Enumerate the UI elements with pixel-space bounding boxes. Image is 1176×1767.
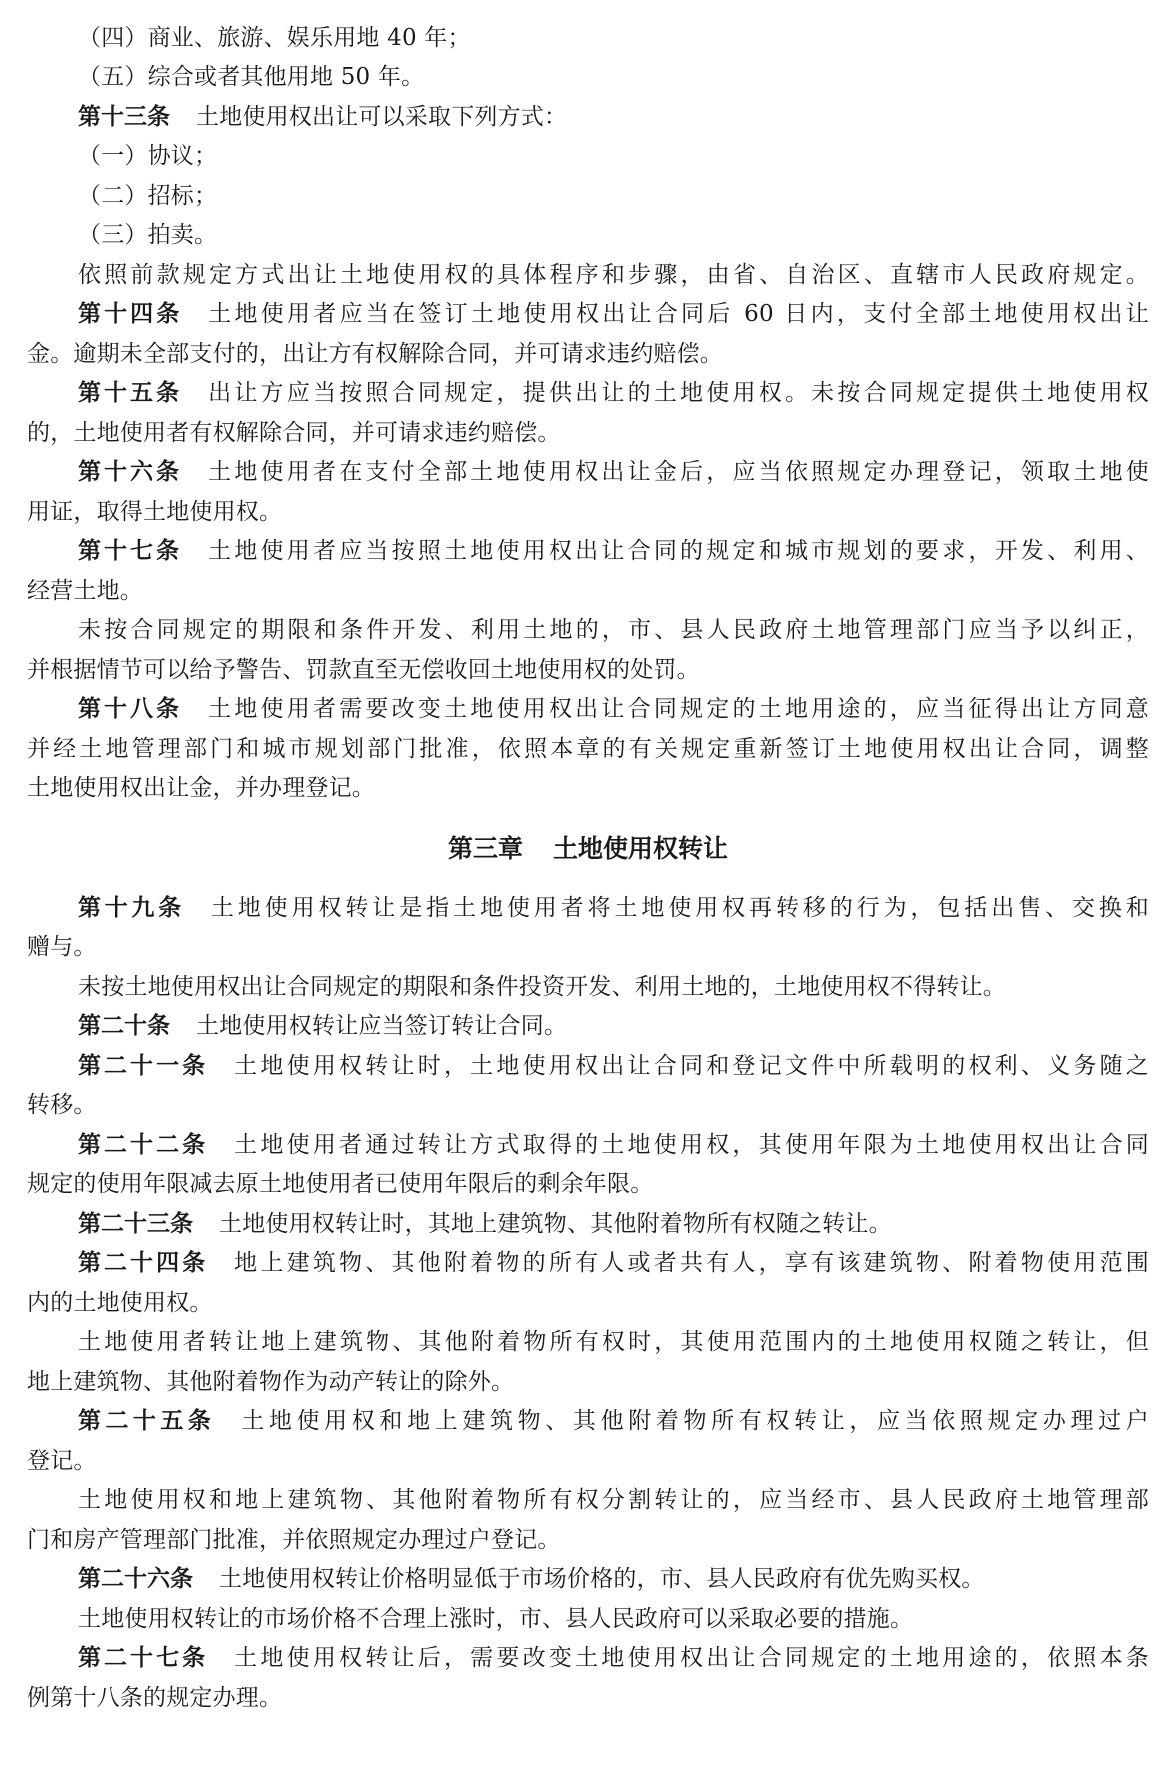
article-label: 第十六条	[78, 459, 182, 485]
article-23: 第二十三条土地使用权转让时，其地上建筑物、其他附着物所有权随之转让。	[78, 1206, 1149, 1242]
article-label: 第二十条	[78, 1013, 170, 1039]
article-13: 第十三条土地使用权出让可以采取下列方式：	[78, 99, 1149, 135]
article-21: 第二十一条土地使用权转让时，土地使用权出让合同和登记文件中所载明的权利、义务随之	[78, 1048, 1149, 1084]
line-text: （一）协议；	[78, 143, 217, 169]
paragraph-line: 未按土地使用权出让合同规定的期限和条件投资开发、利用土地的，土地使用权不得转让。	[78, 969, 1149, 1005]
line-text: 未按合同规定的期限和条件开发、利用土地的，市、县人民政府土地管理部门应当予以纠正…	[78, 617, 1149, 643]
line-text: 土地使用者应当按照土地使用权出让合同的规定和城市规划的要求，开发、利用、	[208, 538, 1149, 564]
line-text: 土地使用者通过转让方式取得的土地使用权，其使用年限为土地使用权出让合同	[234, 1132, 1149, 1158]
line-text: 地上建筑物、其他附着物作为动产转让的除外。	[27, 1369, 514, 1395]
line-text: 并根据情节可以给予警告、罚款直至无偿收回土地使用权的处罚。	[27, 657, 700, 683]
line-text: 土地使用者转让地上建筑物、其他附着物所有权时，其使用范围内的土地使用权随之转让，…	[78, 1329, 1149, 1355]
line-text: 门和房产管理部门批准，并依照规定办理过户登记。	[27, 1527, 561, 1553]
article-17: 第十七条土地使用者应当按照土地使用权出让合同的规定和城市规划的要求，开发、利用、	[78, 533, 1149, 569]
paragraph-line: 转移。	[27, 1087, 1149, 1123]
article-15: 第十五条出让方应当按照合同规定，提供出让的土地使用权。未按合同规定提供土地使用权	[78, 375, 1149, 411]
line-text: 土地使用权转让的市场价格不合理上涨时，市、县人民政府可以采取必要的措施。	[78, 1606, 913, 1632]
article-label: 第二十三条	[78, 1211, 193, 1237]
article-25: 第二十五条土地使用权和地上建筑物、其他附着物所有权转让，应当依照规定办理过户	[78, 1403, 1149, 1439]
article-label: 第十四条	[78, 301, 182, 327]
line-text: （四）商业、旅游、娱乐用地 40 年；	[78, 25, 471, 51]
line-text: （五）综合或者其他用地 50 年。	[78, 64, 424, 90]
paragraph-line: 依照前款规定方式出让土地使用权的具体程序和步骤，由省、自治区、直辖市人民政府规定…	[78, 257, 1149, 293]
paragraph-line: 内的土地使用权。	[27, 1285, 1149, 1321]
line-text: 土地使用权出让可以采取下列方式：	[196, 104, 567, 130]
article-label: 第二十六条	[78, 1566, 193, 1592]
paragraph-line: 金。逾期未全部支付的，出让方有权解除合同，并可请求违约赔偿。	[27, 336, 1149, 372]
chapter-heading: 第三章土地使用权转让	[0, 829, 1176, 869]
paragraph-line: 赠与。	[27, 929, 1149, 965]
article-19: 第十九条土地使用权转让是指土地使用者将土地使用权再转移的行为，包括出售、交换和	[78, 890, 1149, 926]
paragraph-line: 用证，取得土地使用权。	[27, 494, 1149, 530]
line-text: 土地使用权和地上建筑物、其他附着物所有权转让，应当依照规定办理过户	[241, 1408, 1149, 1434]
line-text: 用证，取得土地使用权。	[27, 499, 282, 525]
line-text: （三）拍卖。	[78, 222, 217, 248]
line-text: 规定的使用年限减去原土地使用者已使用年限后的剩余年限。	[27, 1171, 653, 1197]
article-label: 第二十七条	[78, 1645, 208, 1671]
paragraph-line: 未按合同规定的期限和条件开发、利用土地的，市、县人民政府土地管理部门应当予以纠正…	[78, 612, 1149, 648]
article-label: 第十三条	[78, 104, 170, 130]
article-label: 第十五条	[78, 380, 182, 406]
list-item: （五）综合或者其他用地 50 年。	[78, 59, 1149, 95]
line-text: 土地使用者在支付全部土地使用权出让金后，应当依照规定办理登记，领取土地使	[208, 459, 1149, 485]
list-item: （四）商业、旅游、娱乐用地 40 年；	[78, 20, 1149, 56]
paragraph-line: 土地使用者转让地上建筑物、其他附着物所有权时，其使用范围内的土地使用权随之转让，…	[78, 1324, 1149, 1360]
article-24: 第二十四条地上建筑物、其他附着物的所有人或者共有人，享有该建筑物、附着物使用范围	[78, 1245, 1149, 1281]
paragraph-line: 并根据情节可以给予警告、罚款直至无偿收回土地使用权的处罚。	[27, 652, 1149, 688]
line-text: 经营土地。	[27, 578, 143, 604]
line-text: （二）招标；	[78, 183, 217, 209]
list-item: （一）协议；	[78, 138, 1149, 174]
paragraph-line: 土地使用权出让金，并办理登记。	[27, 770, 1149, 806]
line-text: 土地使用权转让后，需要改变土地使用权出让合同规定的土地用途的，依照本条	[234, 1645, 1149, 1671]
paragraph-line: 土地使用权转让的市场价格不合理上涨时，市、县人民政府可以采取必要的措施。	[78, 1601, 1149, 1637]
paragraph-line: 地上建筑物、其他附着物作为动产转让的除外。	[27, 1364, 1149, 1400]
article-label: 第十八条	[78, 696, 182, 722]
chapter-number: 第三章	[448, 834, 523, 863]
paragraph-line: 并经土地管理部门和城市规划部门批准，依照本章的有关规定重新签订土地使用权出让合同…	[27, 731, 1149, 767]
paragraph-line: 门和房产管理部门批准，并依照规定办理过户登记。	[27, 1522, 1149, 1558]
article-26: 第二十六条土地使用权转让价格明显低于市场价格的，市、县人民政府有优先购买权。	[78, 1561, 1149, 1597]
article-label: 第二十五条	[78, 1408, 215, 1434]
article-14: 第十四条土地使用者应当在签订土地使用权出让合同后 60 日内，支付全部土地使用权…	[78, 296, 1149, 332]
article-27: 第二十七条土地使用权转让后，需要改变土地使用权出让合同规定的土地用途的，依照本条	[78, 1640, 1149, 1676]
line-text: 并经土地管理部门和城市规划部门批准，依照本章的有关规定重新签订土地使用权出让合同…	[27, 736, 1149, 762]
line-text: 例第十八条的规定办理。	[27, 1685, 282, 1711]
article-16: 第十六条土地使用者在支付全部土地使用权出让金后，应当依照规定办理登记，领取土地使	[78, 454, 1149, 490]
article-22: 第二十二条土地使用者通过转让方式取得的土地使用权，其使用年限为土地使用权出让合同	[78, 1127, 1149, 1163]
line-text: 土地使用者应当在签订土地使用权出让合同后 60 日内，支付全部土地使用权出让	[208, 301, 1149, 327]
line-text: 地上建筑物、其他附着物的所有人或者共有人，享有该建筑物、附着物使用范围	[234, 1250, 1149, 1276]
article-label: 第二十二条	[78, 1132, 208, 1158]
line-text: 金。逾期未全部支付的，出让方有权解除合同，并可请求违约赔偿。	[27, 341, 723, 367]
line-text: 依照前款规定方式出让土地使用权的具体程序和步骤，由省、自治区、直辖市人民政府规定…	[78, 262, 1149, 288]
article-label: 第十九条	[78, 895, 185, 921]
line-text: 土地使用权转让是指土地使用者将土地使用权再转移的行为，包括出售、交换和	[211, 895, 1149, 921]
article-label: 第十七条	[78, 538, 182, 564]
paragraph-line: 登记。	[27, 1443, 1149, 1479]
line-text: 土地使用者需要改变土地使用权出让合同规定的土地用途的，应当征得出让方同意	[208, 696, 1149, 722]
paragraph-line: 经营土地。	[27, 573, 1149, 609]
article-label: 第二十四条	[78, 1250, 208, 1276]
chapter-title: 土地使用权转让	[553, 834, 728, 863]
line-text: 未按土地使用权出让合同规定的期限和条件投资开发、利用土地的，土地使用权不得转让。	[78, 974, 1006, 1000]
line-text: 土地使用权转让时，其地上建筑物、其他附着物所有权随之转让。	[219, 1211, 892, 1237]
paragraph-line: 的，土地使用者有权解除合同，并可请求违约赔偿。	[27, 415, 1149, 451]
paragraph-line: 例第十八条的规定办理。	[27, 1680, 1149, 1716]
paragraph-line: 土地使用权和地上建筑物、其他附着物所有权分割转让的，应当经市、县人民政府土地管理…	[78, 1482, 1149, 1518]
line-text: 出让方应当按照合同规定，提供出让的土地使用权。未按合同规定提供土地使用权	[208, 380, 1149, 406]
line-text: 的，土地使用者有权解除合同，并可请求违约赔偿。	[27, 420, 561, 446]
line-text: 土地使用权转让价格明显低于市场价格的，市、县人民政府有优先购买权。	[219, 1566, 985, 1592]
article-18: 第十八条土地使用者需要改变土地使用权出让合同规定的土地用途的，应当征得出让方同意	[78, 691, 1149, 727]
line-text: 土地使用权和地上建筑物、其他附着物所有权分割转让的，应当经市、县人民政府土地管理…	[78, 1487, 1149, 1513]
line-text: 土地使用权转让时，土地使用权出让合同和登记文件中所载明的权利、义务随之	[234, 1053, 1149, 1079]
article-20: 第二十条土地使用权转让应当签订转让合同。	[78, 1008, 1149, 1044]
line-text: 土地使用权转让应当签订转让合同。	[196, 1013, 567, 1039]
line-text: 转移。	[27, 1092, 97, 1118]
paragraph-line: 规定的使用年限减去原土地使用者已使用年限后的剩余年限。	[27, 1166, 1149, 1202]
line-text: 土地使用权出让金，并办理登记。	[27, 775, 375, 801]
article-label: 第二十一条	[78, 1053, 208, 1079]
line-text: 内的土地使用权。	[27, 1290, 213, 1316]
line-text: 登记。	[27, 1448, 97, 1474]
line-text: 赠与。	[27, 934, 97, 960]
list-item: （三）拍卖。	[78, 217, 1149, 253]
list-item: （二）招标；	[78, 178, 1149, 214]
